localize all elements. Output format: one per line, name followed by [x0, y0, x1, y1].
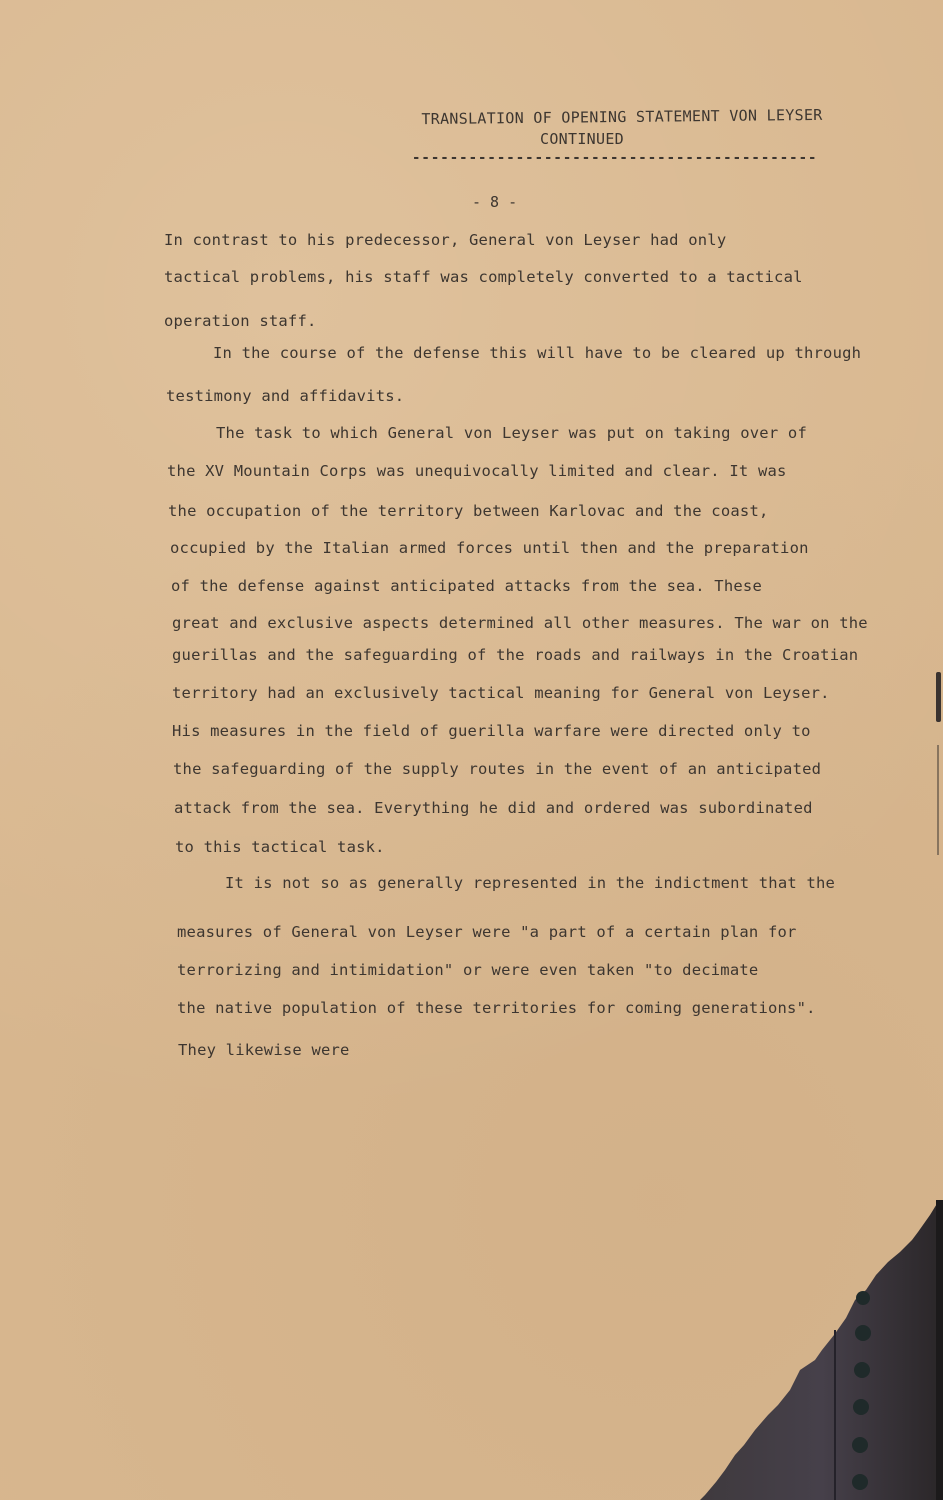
body-text-line: It is not so as generally represented in… — [225, 874, 835, 892]
body-text-line: attack from the sea. Everything he did a… — [174, 799, 813, 817]
page-number: - 8 - — [472, 193, 517, 211]
body-text-line: testimony and affidavits. — [166, 387, 404, 405]
body-text-line: measures of General von Leyser were "a p… — [177, 923, 797, 941]
document-page: TRANSLATION OF OPENING STATEMENT VON LEY… — [0, 0, 943, 1500]
body-text-line: They likewise were — [178, 1041, 350, 1059]
body-text-line: occupied by the Italian armed forces unt… — [170, 539, 809, 557]
body-text-line: operation staff. — [164, 312, 317, 330]
body-text-line: the occupation of the territory between … — [168, 502, 769, 520]
body-text-line: tactical problems, his staff was complet… — [164, 268, 803, 286]
document-header-title: TRANSLATION OF OPENING STATEMENT VON LEY… — [412, 106, 832, 128]
body-text-line: The task to which General von Leyser was… — [216, 424, 807, 442]
document-header-subtitle: CONTINUED — [412, 130, 752, 148]
margin-mark — [937, 745, 939, 855]
torn-corner-binder — [0, 0, 943, 1500]
body-text-line: great and exclusive aspects determined a… — [172, 614, 868, 632]
body-text-line: territory had an exclusively tactical me… — [172, 684, 830, 702]
body-text-line: to this tactical task. — [175, 838, 385, 856]
body-text-line: of the defense against anticipated attac… — [171, 577, 762, 595]
body-text-line: the safeguarding of the supply routes in… — [173, 760, 821, 778]
body-text-line: the XV Mountain Corps was unequivocally … — [167, 462, 787, 480]
body-text-line: guerillas and the safeguarding of the ro… — [172, 646, 858, 664]
body-text-line: His measures in the field of guerilla wa… — [172, 722, 811, 740]
header-divider: ----------------------------------------… — [412, 150, 827, 166]
body-text-line: In the course of the defense this will h… — [213, 344, 861, 362]
body-text-line: the native population of these territori… — [177, 999, 816, 1017]
body-text-line: In contrast to his predecessor, General … — [164, 231, 726, 249]
body-text-line: terrorizing and intimidation" or were ev… — [177, 961, 758, 979]
margin-mark — [936, 672, 941, 722]
